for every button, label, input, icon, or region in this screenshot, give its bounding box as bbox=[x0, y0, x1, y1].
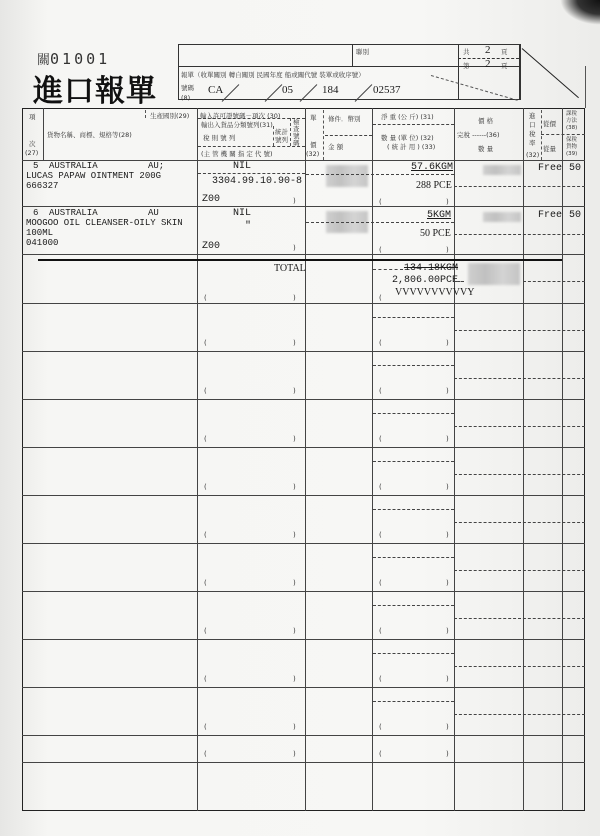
column-divider bbox=[454, 108, 455, 811]
dashed-divider bbox=[541, 134, 585, 135]
column-divider bbox=[197, 108, 198, 811]
header-authority: (主 管 機 關 指 定 代 號) bbox=[201, 149, 273, 158]
paren: ( bbox=[379, 387, 382, 395]
paren: ( bbox=[379, 531, 382, 539]
paren: ) bbox=[293, 675, 296, 683]
row-divider bbox=[22, 447, 585, 448]
document-title: 進口報單 bbox=[33, 66, 157, 110]
header-stat-quantity: ( 統 計 用 ) (33) bbox=[387, 142, 435, 151]
column-divider bbox=[562, 108, 563, 811]
item-5-origin-code: AU; bbox=[148, 161, 164, 171]
pages-total: 2 bbox=[485, 44, 491, 56]
header-specific: 從量 bbox=[543, 144, 556, 153]
header-description: 貨物名稱、商標、規格等(28) bbox=[47, 130, 132, 139]
row-divider bbox=[22, 495, 585, 496]
paren: ) bbox=[293, 197, 296, 205]
item-5-permit: NIL bbox=[233, 161, 251, 172]
item-5-no: 5 bbox=[33, 161, 38, 171]
paren: ( bbox=[204, 675, 207, 683]
dashed-divider bbox=[373, 269, 403, 270]
header-inspection: 輸出入貨品分類號列(31) bbox=[201, 120, 273, 129]
paren: ( bbox=[379, 627, 382, 635]
item-6-tariff: " bbox=[245, 221, 251, 232]
item-6-authority: Z00 bbox=[202, 241, 220, 252]
dashed-divider bbox=[454, 666, 585, 667]
header-item-no: 項 bbox=[29, 112, 36, 121]
carrier-code: 184 bbox=[322, 84, 339, 96]
header-origin: 生產國別(29) bbox=[150, 111, 189, 120]
paren: ( bbox=[204, 531, 207, 539]
paren: ( bbox=[379, 339, 382, 347]
paren: ( bbox=[204, 435, 207, 443]
customs-code: CA bbox=[208, 84, 223, 96]
header-terms-currency: 條件．幣別 bbox=[328, 114, 361, 123]
page-current: 2 bbox=[485, 58, 491, 70]
item-6-duty-rate: Free bbox=[538, 210, 562, 221]
total-separator bbox=[38, 259, 562, 261]
paren: ) bbox=[446, 387, 449, 395]
paren: ) bbox=[446, 246, 449, 254]
item-6-permit: NIL bbox=[233, 208, 251, 219]
header-tax-method: 課稅方法(38) bbox=[566, 111, 582, 132]
item-5-origin: AUSTRALIA bbox=[49, 161, 98, 171]
paren: ) bbox=[293, 531, 296, 539]
header-divider bbox=[458, 44, 459, 100]
paren: ) bbox=[446, 435, 449, 443]
dashed-divider bbox=[454, 714, 585, 715]
dashed-divider bbox=[373, 365, 454, 366]
dashed-divider bbox=[373, 701, 454, 702]
dashed-divider bbox=[198, 173, 305, 174]
item-6-description: MOOGOO OIL CLEANSER-OILY SKIN bbox=[26, 218, 183, 228]
paren: ) bbox=[293, 750, 296, 758]
paren: ( bbox=[379, 294, 382, 302]
row-divider bbox=[22, 591, 585, 592]
dashed-divider bbox=[454, 378, 585, 379]
header-import-rate: 進口稅率 bbox=[529, 112, 537, 148]
dashed-divider bbox=[306, 222, 454, 223]
header-unit-price: 單 bbox=[310, 113, 317, 122]
total-quantity: 2,806.00PCE bbox=[392, 275, 458, 286]
item-5-description: LUCAS PAPAW OINTMENT 200G bbox=[26, 171, 161, 181]
item-5-method: 50 bbox=[569, 163, 581, 174]
item-6-method: 50 bbox=[569, 210, 581, 221]
column-divider bbox=[372, 108, 373, 811]
paren: ) bbox=[293, 387, 296, 395]
dashed-divider bbox=[454, 522, 585, 523]
total-label: TOTAL bbox=[274, 263, 306, 274]
dashed-divider bbox=[454, 618, 585, 619]
item-5-authority: Z00 bbox=[202, 194, 220, 205]
paren: ) bbox=[446, 339, 449, 347]
column-divider bbox=[523, 108, 524, 811]
item-5-duty-rate: Free bbox=[538, 163, 562, 174]
row-divider bbox=[22, 687, 585, 688]
combined-label: 聯別 bbox=[356, 47, 369, 56]
paren: ( bbox=[204, 723, 207, 731]
header-import-rate-num: (32) bbox=[526, 151, 539, 159]
paren: ) bbox=[446, 675, 449, 683]
paren: ) bbox=[446, 627, 449, 635]
dashed-divider bbox=[373, 317, 454, 318]
row-divider bbox=[22, 543, 585, 544]
header-stat-code: 統計號列 bbox=[275, 128, 289, 144]
header-divider bbox=[352, 44, 353, 66]
dashed-divider bbox=[306, 174, 454, 175]
paren: ( bbox=[204, 339, 207, 347]
dashed-divider bbox=[373, 124, 454, 125]
paren: ) bbox=[446, 483, 449, 491]
dashed-divider bbox=[290, 118, 291, 146]
header-item-no: 次 bbox=[29, 139, 36, 148]
header-unit-price-num: (32) bbox=[306, 150, 319, 158]
dashed-divider bbox=[198, 146, 305, 147]
item-5-tariff: 3304.99.10.90-8 bbox=[212, 176, 302, 187]
paren: ) bbox=[293, 435, 296, 443]
serial-number: 02537 bbox=[373, 84, 401, 96]
dashed-divider bbox=[373, 557, 454, 558]
pages-total-label: 共 bbox=[463, 47, 470, 56]
item-5-mark: 666327 bbox=[26, 181, 58, 191]
paren: ( bbox=[204, 483, 207, 491]
dashed-divider bbox=[454, 281, 464, 282]
dashed-divider bbox=[273, 126, 274, 146]
paren: ) bbox=[293, 294, 296, 302]
paren: ( bbox=[379, 435, 382, 443]
row-divider bbox=[22, 160, 585, 161]
redacted-value bbox=[483, 212, 521, 222]
dashed-divider bbox=[454, 330, 585, 331]
dashed-divider bbox=[523, 281, 585, 282]
item-5-quantity: 288 PCE bbox=[416, 180, 452, 191]
header-quantity: 數 量 (單 位) (32) bbox=[381, 133, 434, 142]
row-divider bbox=[22, 254, 585, 255]
dashed-divider bbox=[454, 426, 585, 427]
paren: ) bbox=[293, 244, 296, 252]
paren: ) bbox=[446, 750, 449, 758]
dashed-divider bbox=[373, 653, 454, 654]
dashed-divider bbox=[541, 110, 542, 160]
header-exchange: 完稅 ------(36) bbox=[457, 130, 499, 139]
row-divider bbox=[22, 206, 585, 207]
paren: ( bbox=[379, 579, 382, 587]
paren: ( bbox=[204, 750, 207, 758]
column-divider bbox=[305, 108, 306, 811]
row-divider bbox=[22, 303, 585, 304]
year: 05 bbox=[282, 84, 293, 96]
paren: ( bbox=[379, 750, 382, 758]
paren: ) bbox=[446, 579, 449, 587]
dashed-divider bbox=[323, 110, 324, 160]
dashed-divider bbox=[454, 474, 585, 475]
dashed-divider bbox=[454, 186, 585, 187]
item-6-quantity: 50 PCE bbox=[420, 228, 451, 239]
header-tariff: 稅 則 號 列 bbox=[203, 133, 235, 142]
redacted-total-value bbox=[468, 263, 520, 285]
header-ad-valorem: 從價 bbox=[543, 119, 556, 128]
item-6-origin: AUSTRALIA bbox=[49, 208, 98, 218]
paren: ( bbox=[379, 483, 382, 491]
paren: ( bbox=[379, 246, 382, 254]
scan-corner-shadow bbox=[560, 0, 600, 25]
declaration-number-label: 報單（收單關別 轉自關別 民國年度 船或關代號 裝單或收序號） bbox=[181, 70, 365, 79]
header-permit: 輸入許可證號碼－項次 (30) bbox=[200, 111, 280, 120]
item-6-no: 6 bbox=[33, 208, 38, 218]
page-current-label: 第 bbox=[463, 61, 470, 70]
declaration-number-field-num: (8) bbox=[181, 94, 190, 102]
dashed-divider bbox=[373, 413, 454, 414]
page-current-unit: 頁 bbox=[501, 61, 508, 70]
header-value-qty: 數 量 bbox=[478, 144, 493, 153]
item-6-mark: 041000 bbox=[26, 238, 58, 248]
header-net-weight: 淨 重 (公 斤) (31) bbox=[381, 112, 434, 121]
row-divider bbox=[22, 351, 585, 352]
row-divider bbox=[22, 399, 585, 400]
row-divider bbox=[22, 735, 585, 736]
paren: ) bbox=[446, 723, 449, 731]
paren: ( bbox=[204, 294, 207, 302]
total-net-weight: 134.18KGM bbox=[404, 263, 458, 274]
pages-total-unit: 頁 bbox=[501, 47, 508, 56]
header-item-no-num: (27) bbox=[25, 149, 38, 157]
header-inspection-mark: 檢查號碼 bbox=[293, 119, 301, 147]
redacted-amount bbox=[326, 165, 368, 187]
paren: ( bbox=[204, 627, 207, 635]
column-divider bbox=[43, 108, 44, 160]
paren: ) bbox=[293, 579, 296, 587]
dashed-divider bbox=[145, 110, 146, 118]
dashed-divider bbox=[454, 570, 585, 571]
declaration-number-field-label: 號碼 bbox=[181, 83, 194, 92]
divider bbox=[585, 66, 586, 108]
header-bonded: 保稅貨物(39) bbox=[566, 137, 582, 158]
item-5-net-weight: 57.6KGM bbox=[411, 162, 453, 173]
item-6-description-2: 100ML bbox=[26, 228, 53, 238]
header-value: 價 格 bbox=[478, 116, 493, 125]
row-divider bbox=[22, 639, 585, 640]
dashed-divider bbox=[373, 461, 454, 462]
dashed-divider bbox=[454, 234, 585, 235]
dashed-divider bbox=[373, 605, 454, 606]
dashed-divider bbox=[373, 509, 454, 510]
dashed-divider bbox=[325, 135, 372, 136]
paren: ( bbox=[204, 579, 207, 587]
paren: ) bbox=[293, 339, 296, 347]
paren: ( bbox=[379, 198, 382, 206]
item-6-origin-code: AU bbox=[148, 208, 159, 218]
header-divider bbox=[519, 44, 520, 100]
row-divider bbox=[22, 762, 585, 763]
redacted-value bbox=[483, 165, 521, 175]
item-6-net-weight: 5KGM bbox=[427, 210, 451, 221]
paren: ) bbox=[446, 198, 449, 206]
paren: ( bbox=[379, 675, 382, 683]
paren: ) bbox=[293, 723, 296, 731]
header-amount: 金 額 bbox=[328, 142, 370, 151]
header-unit-price: 價 bbox=[310, 140, 317, 149]
total-marker: VVVVVVVVVVY bbox=[395, 287, 474, 298]
paren: ( bbox=[204, 387, 207, 395]
paren: ) bbox=[293, 627, 296, 635]
paren: ) bbox=[293, 483, 296, 491]
paren: ) bbox=[446, 531, 449, 539]
paren: ( bbox=[379, 723, 382, 731]
